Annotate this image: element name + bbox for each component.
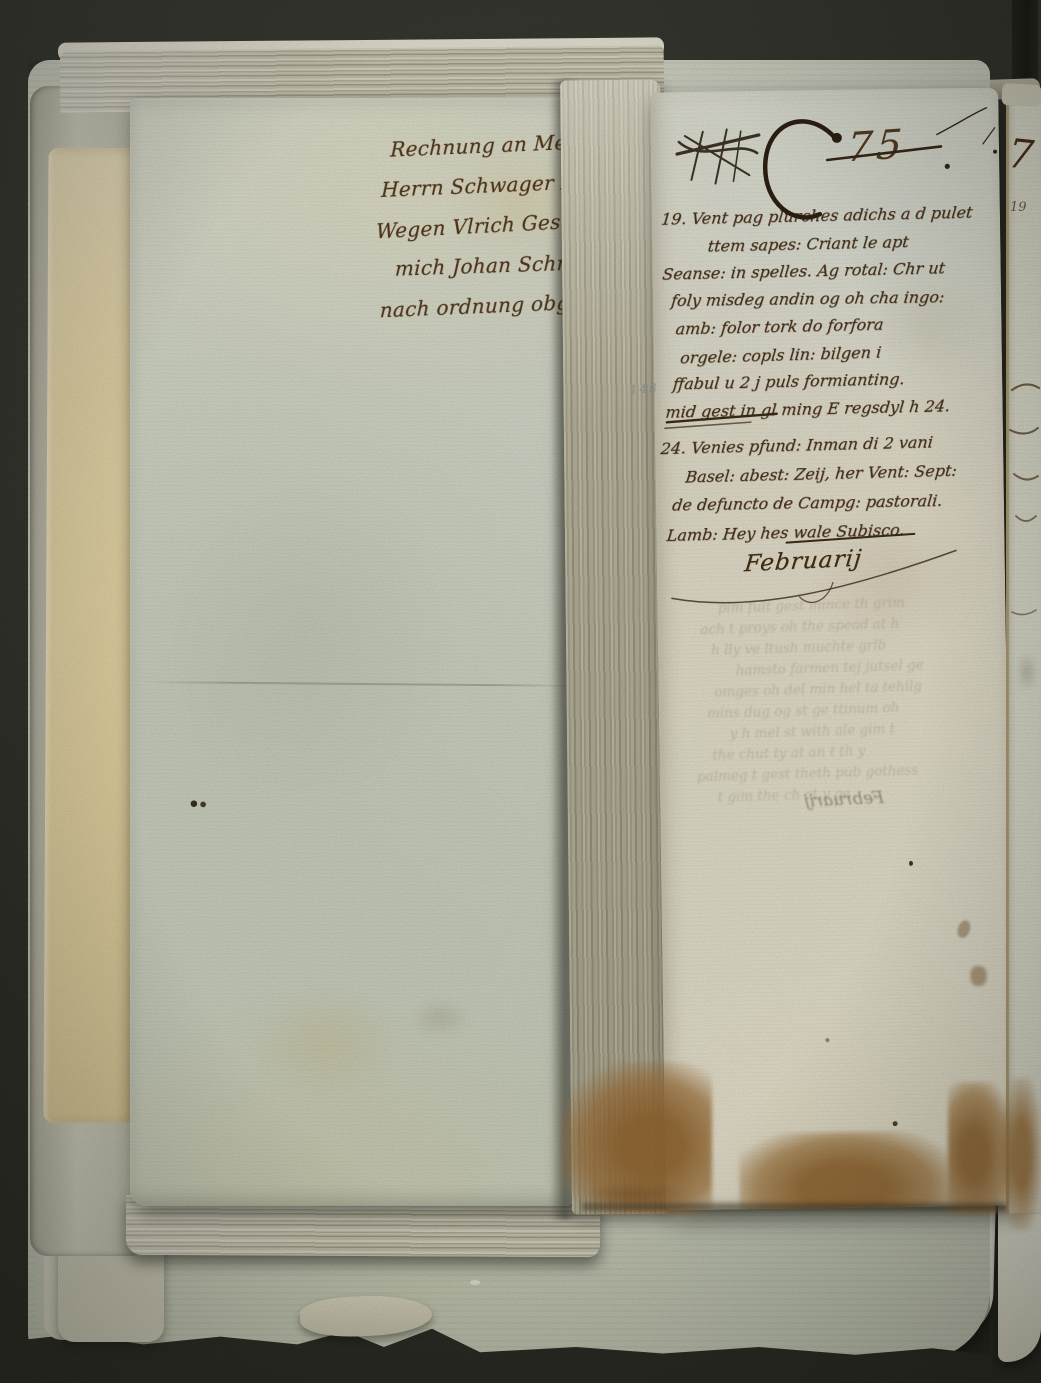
left-page-stain-bottom [250,988,400,1098]
ink-flourishes [650,88,1014,1211]
folio-strike-marks [826,108,997,171]
next-page-top-edge [1001,83,1041,107]
left-page-note: Rechnung an Meinen Herrn Schwager Herrn … [377,122,577,331]
tan-under-sheet [43,148,140,1123]
left-page-ink-blot [189,797,208,811]
note-line: nach ordnung obgem. [379,282,577,330]
crossout-scribble [677,129,760,184]
heading-flourish [671,550,958,604]
left-page: Rechnung an Meinen Herrn Schwager Herrn … [130,98,577,1206]
next-page-sliver: 7 19 [1006,92,1041,1214]
right-page: 75 19. Vent pag plurches adichs a d pule… [650,88,1014,1211]
right-page-bottom-shadow [582,1203,1006,1211]
c-flourish [765,121,843,218]
marginal-mark: 148 [630,381,660,397]
left-page-gray-smudge [410,998,470,1038]
manuscript-photo: Rechnung an Meinen Herrn Schwager Herrn … [0,0,1041,1383]
entry-underlines [665,412,915,544]
water-stain-far-right [1002,1078,1041,1230]
left-page-tint-middle [170,478,450,798]
paper-chip [470,1280,480,1285]
next-page-writing-fragments [1006,92,1041,1214]
